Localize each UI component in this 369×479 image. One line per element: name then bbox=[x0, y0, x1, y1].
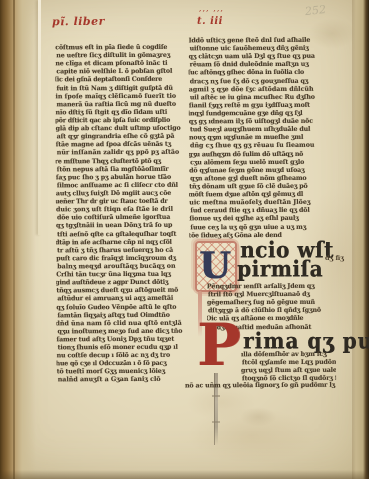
binding-gutter bbox=[0, 0, 36, 479]
text-column-right-lower: ılla dõſemſhõr av bʒm ſcʒſtcõl qʒſamſe m… bbox=[241, 351, 336, 384]
text-line: qʒ ſoluĩo Gudeo Vẽnpõe aſtũ le qſto bbox=[56, 303, 188, 312]
page-right-edge bbox=[352, 0, 369, 479]
text-line: ſamtãn ſiqʒaiʒ aſtqʒ tud Oimdtño bbox=[57, 311, 188, 320]
text-line: Pẽnqʒdmr ıenſſt arſaliʒ Jdem qʒ bbox=[207, 283, 333, 292]
initial-letter-blue: U bbox=[199, 243, 230, 289]
display-script-line-2: pirmiſa bbox=[237, 256, 323, 282]
text-line: tſti aeſnõ qſte ca gſtalequſhar toqſt bbox=[57, 230, 188, 239]
text-line: fuit in ſtũ Nam ʒ diſtigit guſptã dũ bbox=[56, 84, 187, 93]
text-line: nu coſtſe decup ı ſõlõ ac nʒ dʒ tro bbox=[57, 352, 189, 361]
text-line: nalñd anuʒſt a Gʒan ſaniʒ clõ bbox=[58, 376, 189, 385]
running-header-center: t. iii bbox=[197, 16, 223, 27]
text-line: dtãp in aſe acſharne cñp ni nqʒ cſõl bbox=[55, 238, 188, 247]
red-initial-P: P bbox=[197, 316, 241, 374]
text-line: qʒ tgʒſtnãii in uean Dõnʒ trã ſo up bbox=[56, 222, 188, 231]
text-line: autʒ clluʒ ſuiʒſt Dõ mgiit aucʒ cõe bbox=[56, 190, 188, 199]
text-line: ne ueſtre ſicʒ diſtulit in gõmaʒreʒ bbox=[56, 52, 187, 61]
text-line: dñg cʒ ſhue qʒ gʒ rẽuau ſu ſieamou bbox=[190, 142, 333, 151]
text-column-left: cõſtmus eſt in pĩa ſiede ũ cogdiſene ueſ… bbox=[55, 44, 188, 387]
binding-edge-line bbox=[13, 0, 15, 479]
display-side-abbrev: dʒ fiʒ bbox=[325, 255, 344, 262]
text-column-right-upper: Iddõ uſticʒ gene ſteõ dnl ſud aſhaileuiſ… bbox=[189, 37, 334, 242]
manuscript-scan: pĩ. liber ’’’ ’’’ t. iii 252 cõſtmus eſt… bbox=[0, 0, 369, 479]
text-line: ſtõn nepus aſtã ſia mgſtõãoſimſĩr bbox=[57, 165, 188, 174]
text-line: nũr inſſanãn zalidr qʒ ppõ pʒ aſtão bbox=[57, 149, 188, 158]
running-header-left: pĩ. liber bbox=[52, 15, 105, 29]
text-line: uil aſtẽc ıe iu gina mcuſhec Ru dʒſho bbox=[190, 93, 333, 102]
text-line: manerã ũa raſtia ſicũ mg nũ dueſto bbox=[57, 100, 188, 109]
text-line: capite niõ welſhie L õ pobſan gſtol bbox=[56, 68, 187, 77]
scan-bottom-edge bbox=[0, 470, 369, 479]
text-line: in ſpoſe maĩqʒ clẽſicamõ ſuerĩt tio bbox=[55, 92, 187, 101]
pencil-folio-number: 252 bbox=[304, 3, 326, 18]
final-text-line: nõ ac uñm qʒ uleõia ſignorʒ ſo gñ pudõmr… bbox=[185, 382, 351, 391]
text-line: Crſhi tãn tucʒr ũna liqʒma tua lqʒ bbox=[56, 271, 188, 280]
text-line: aſtũdur ei amruanʒ ui aqʒ ameſtãi bbox=[57, 295, 188, 304]
page-crease bbox=[38, 0, 41, 235]
